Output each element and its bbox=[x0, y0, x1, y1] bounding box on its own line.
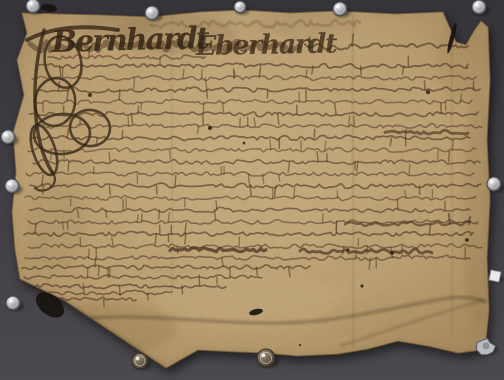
handwriting-stroke bbox=[182, 286, 183, 294]
handwriting-stroke bbox=[438, 150, 439, 159]
handwriting-stroke bbox=[134, 78, 135, 88]
pin-highlight bbox=[148, 9, 151, 12]
handwriting-stroke bbox=[175, 175, 176, 186]
pin-head bbox=[257, 349, 275, 367]
ink-speck bbox=[243, 142, 246, 145]
handwriting-stroke bbox=[185, 234, 186, 244]
handwriting-stroke bbox=[80, 117, 81, 126]
handwriting-stroke bbox=[215, 210, 216, 220]
handwriting-stroke bbox=[126, 198, 127, 208]
handwriting-stroke bbox=[159, 210, 160, 219]
pin-highlight bbox=[475, 3, 478, 6]
manuscript-photo: Bernhardt Eberhardt bbox=[0, 0, 504, 380]
handwriting-stroke bbox=[449, 214, 450, 224]
ink-speck bbox=[426, 90, 430, 94]
handwriting-stroke bbox=[223, 102, 224, 112]
handwriting-stroke bbox=[449, 151, 450, 162]
pin-highlight bbox=[8, 182, 11, 185]
handwriting-stroke bbox=[207, 90, 208, 98]
header-word-1: Bernhardt bbox=[50, 21, 210, 60]
handwriting-stroke bbox=[278, 114, 279, 125]
handwriting-stroke bbox=[122, 131, 123, 138]
handwriting-stroke bbox=[68, 162, 69, 171]
handwriting-stroke bbox=[270, 140, 271, 151]
header-word-2: Eberhardt bbox=[195, 29, 339, 62]
handwriting-stroke bbox=[128, 117, 129, 126]
pin-highlight bbox=[336, 5, 339, 8]
pin-highlight bbox=[261, 353, 265, 357]
pin-head bbox=[6, 296, 20, 310]
handwriting-stroke bbox=[170, 150, 171, 159]
ink-speck bbox=[88, 93, 92, 97]
pin-highlight bbox=[237, 4, 240, 7]
handwriting-stroke bbox=[216, 201, 217, 210]
ink-speck bbox=[390, 251, 394, 255]
ink-speck bbox=[360, 284, 363, 287]
handwriting-stroke bbox=[138, 106, 139, 114]
handwriting-stroke bbox=[81, 66, 82, 75]
handwriting-stroke bbox=[354, 116, 355, 126]
handwriting-stroke bbox=[312, 66, 313, 74]
pin-head bbox=[1, 130, 15, 144]
handwriting-stroke bbox=[59, 82, 60, 90]
handwriting-stroke bbox=[397, 199, 398, 210]
ink-speck bbox=[465, 238, 469, 242]
handwriting-stroke bbox=[43, 186, 44, 194]
handwriting-stroke bbox=[441, 103, 442, 114]
handwriting-stroke bbox=[106, 210, 107, 217]
pin-highlight bbox=[29, 2, 32, 5]
pin-highlight bbox=[4, 133, 7, 136]
pin-head bbox=[489, 270, 501, 282]
handwriting-stroke bbox=[109, 269, 110, 277]
handwriting-stroke bbox=[119, 90, 120, 100]
pin-highlight bbox=[9, 299, 12, 302]
handwriting-stroke bbox=[89, 249, 90, 258]
pin-head bbox=[132, 353, 148, 369]
pin-head bbox=[5, 179, 19, 193]
pin-highlight bbox=[490, 180, 493, 183]
pin-core bbox=[482, 342, 489, 349]
handwriting-stroke bbox=[96, 138, 97, 146]
handwriting-stroke bbox=[63, 222, 64, 229]
handwriting-stroke bbox=[234, 71, 235, 78]
handwriting-stroke bbox=[67, 129, 68, 138]
handwriting-stroke bbox=[51, 150, 52, 160]
handwriting-stroke bbox=[267, 90, 268, 98]
handwriting-stroke bbox=[110, 186, 111, 195]
handwriting-stroke bbox=[199, 275, 200, 286]
handwriting-stroke bbox=[469, 217, 470, 224]
handwriting-stroke bbox=[203, 102, 204, 113]
handwriting-stroke bbox=[98, 267, 99, 276]
ink-speck bbox=[208, 126, 212, 130]
pin-head bbox=[487, 177, 501, 191]
pin-head bbox=[472, 0, 486, 14]
ink-speck bbox=[299, 344, 301, 346]
pin-head bbox=[145, 6, 159, 20]
handwriting-stroke bbox=[250, 186, 251, 196]
pin-highlight bbox=[136, 357, 140, 361]
handwriting-stroke bbox=[202, 70, 203, 79]
handwriting-stroke bbox=[95, 258, 96, 267]
handwriting-stroke bbox=[141, 102, 142, 110]
photo-stage: Bernhardt Eberhardt bbox=[0, 0, 504, 380]
handwriting-stroke bbox=[361, 66, 362, 75]
handwriting-stroke bbox=[409, 164, 410, 174]
pin-head bbox=[333, 2, 347, 16]
ink-speck bbox=[346, 248, 349, 251]
